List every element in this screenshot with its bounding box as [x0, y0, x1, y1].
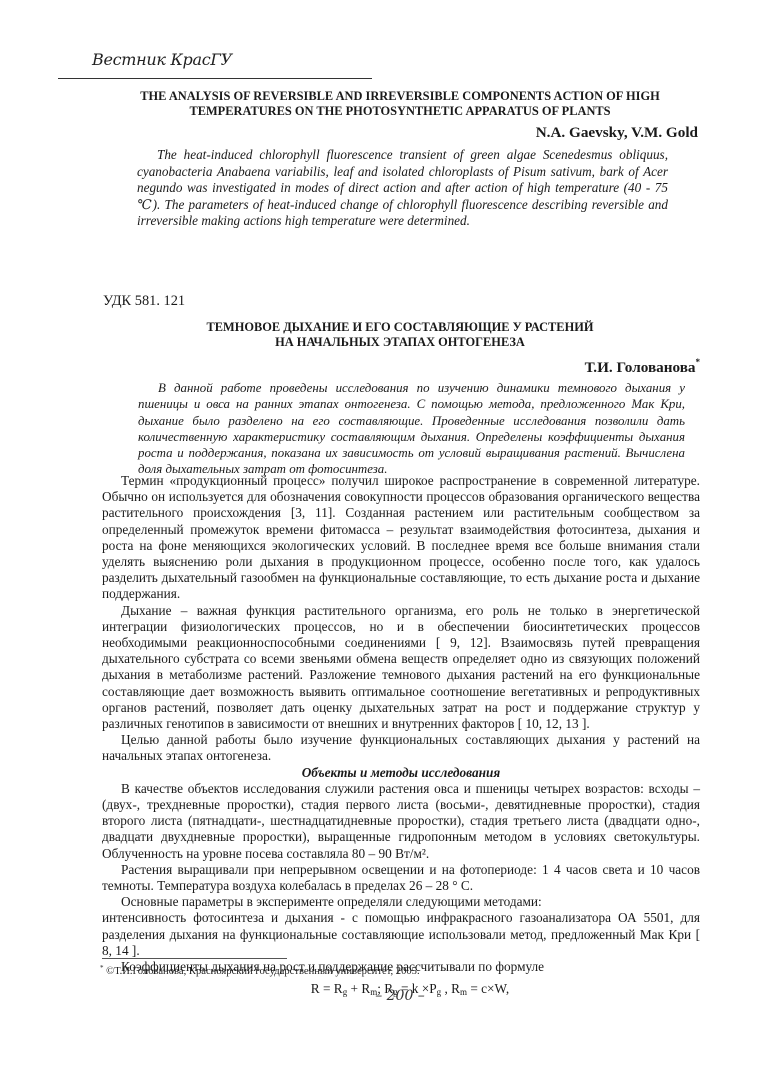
methods-paragraph: Основные параметры в эксперименте опреде…: [102, 894, 700, 910]
article-abstract: В данной работе проведены исследования п…: [138, 380, 685, 478]
udk-code: УДК 581. 121: [103, 293, 185, 310]
body-paragraph: Дыхание – важная функция растительного о…: [102, 603, 700, 733]
methods-paragraph: В качестве объектов исследования служили…: [102, 781, 700, 862]
journal-title: Вестник КрасГУ: [92, 50, 232, 69]
methods-paragraph-noindent: интенсивность фотосинтеза и дыхания - с …: [102, 910, 700, 959]
methods-paragraph: Растения выращивали при непрерывном осве…: [102, 862, 700, 894]
article-title-line-1: ТЕМНОВОЕ ДЫХАНИЕ И ЕГО СОСТАВЛЯЮЩИЕ У РА…: [100, 320, 700, 335]
article-title-line-2: НА НАЧАЛЬНЫХ ЭТАПАХ ОНТОГЕНЕЗА: [100, 335, 700, 350]
article-body: Термин «продукционный процесс» получил ш…: [102, 473, 700, 1001]
english-abstract: The heat-induced chlorophyll fluorescenc…: [137, 147, 668, 230]
header-rule: [58, 78, 372, 79]
article-author: Т.И. Голованова*: [585, 357, 700, 377]
article-title: ТЕМНОВОЕ ДЫХАНИЕ И ЕГО СОСТАВЛЯЮЩИЕ У РА…: [100, 320, 700, 350]
footnote: * ©Т.И.Голованова, Красноярский государс…: [100, 964, 420, 977]
footnote-rule: [102, 958, 287, 959]
english-authors: N.A. Gaevsky, V.M. Gold: [536, 124, 698, 142]
english-title-line-1: THE ANALYSIS OF REVERSIBLE AND IRREVERSI…: [100, 89, 700, 104]
english-title-line-2: TEMPERATURES ON THE PHOTOSYNTHETIC APPAR…: [100, 104, 700, 119]
body-paragraph: Термин «продукционный процесс» получил ш…: [102, 473, 700, 603]
author-name: Т.И. Голованова: [585, 359, 696, 376]
footnote-text: ©Т.И.Голованова, Красноярский государств…: [104, 966, 420, 977]
page-number: – 200 –: [0, 988, 764, 1004]
section-heading-methods: Объекты и методы исследования: [102, 765, 700, 781]
footnote-marker[interactable]: *: [696, 357, 701, 367]
english-article-title: THE ANALYSIS OF REVERSIBLE AND IRREVERSI…: [100, 89, 700, 119]
body-paragraph: Целью данной работы было изучение функци…: [102, 732, 700, 764]
